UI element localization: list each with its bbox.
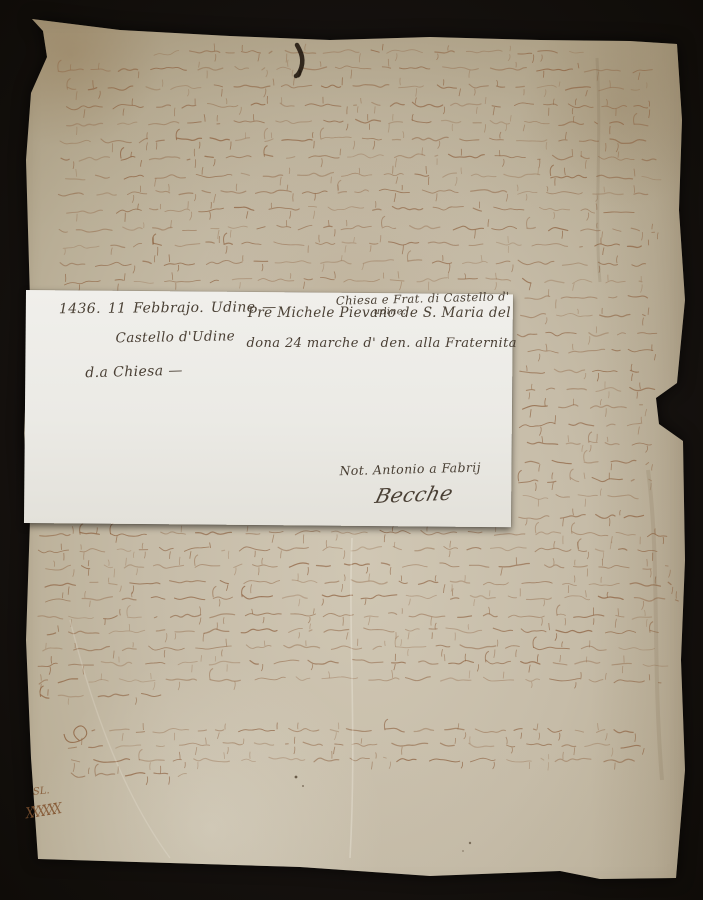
photo-stage: SL. XXXXXX Chiesa e Frat. di Castello d'… — [0, 0, 703, 900]
slip-signature: Becche — [373, 483, 455, 506]
slip-summary-line-1: Pre Michele Pievano de S. Maria del — [248, 307, 511, 321]
slip-reference-line: d.a Chiesa — — [85, 364, 183, 381]
archival-slip: Chiesa e Frat. di Castello d' udine. 143… — [24, 290, 513, 527]
slip-date-line: 1436. 11 Febbrajo. Udine — — [59, 300, 277, 316]
shelfmark-sl: SL. — [33, 786, 51, 798]
slip-place-line: Castello d'Udine — [115, 330, 235, 346]
slip-notary-line: Not. Antonio a Fabrij — [339, 462, 481, 478]
slip-summary-line-2: dona 24 marche d' den. alla Fraternita — [247, 337, 517, 350]
